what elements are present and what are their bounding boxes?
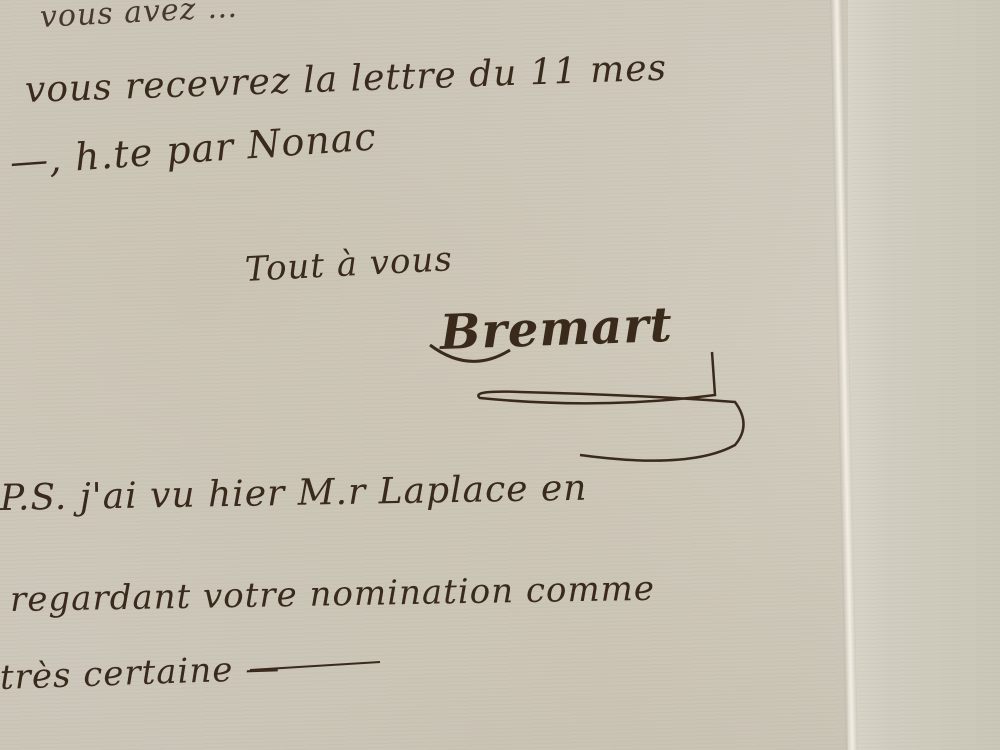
signature: Bremart [439, 297, 674, 361]
